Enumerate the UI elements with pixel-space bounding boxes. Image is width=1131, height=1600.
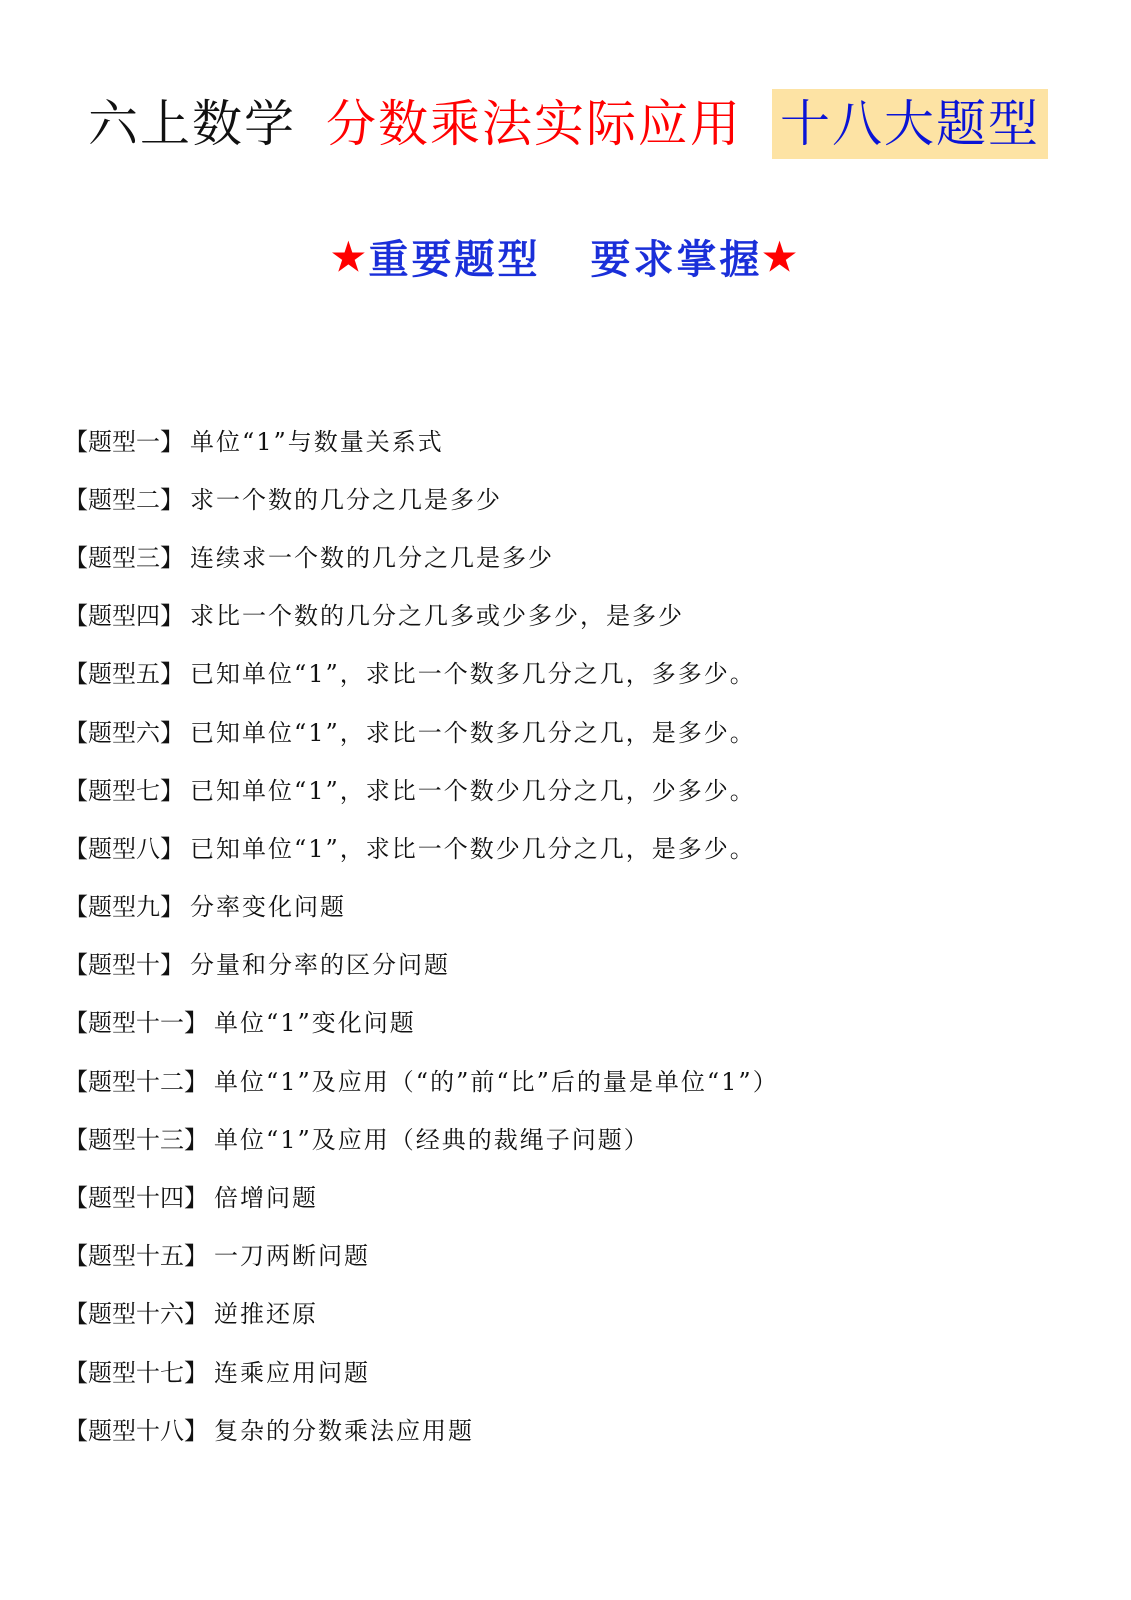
- item-label: 【题型五】: [64, 654, 184, 689]
- item-text: 已知单位“1”，求比一个数多几分之几，多多少。: [190, 654, 756, 689]
- list-item: 【题型七】已知单位“1”，求比一个数少几分之几，少多少。: [64, 759, 779, 817]
- item-label: 【题型六】: [64, 713, 184, 748]
- question-type-list: 【题型一】单位“1”与数量关系式 【题型二】求一个数的几分之几是多少 【题型三】…: [64, 410, 779, 1457]
- item-text: 单位“1”及应用（“的”前“比”后的量是单位“1”）: [214, 1062, 779, 1097]
- list-item: 【题型十三】单位“1”及应用（经典的裁绳子问题）: [64, 1108, 779, 1166]
- item-label: 【题型三】: [64, 538, 184, 573]
- list-item: 【题型二】求一个数的几分之几是多少: [64, 468, 779, 526]
- item-label: 【题型十四】: [64, 1178, 208, 1213]
- item-label: 【题型十八】: [64, 1411, 208, 1446]
- item-text: 倍增问题: [214, 1178, 318, 1213]
- item-text: 连乘应用问题: [214, 1353, 370, 1388]
- item-label: 【题型十二】: [64, 1062, 208, 1097]
- item-text: 单位“1”与数量关系式: [190, 422, 444, 457]
- title-grade-subject: 六上数学: [88, 88, 296, 160]
- item-text: 已知单位“1”，求比一个数多几分之几，是多少。: [190, 713, 756, 748]
- list-item: 【题型十四】倍增问题: [64, 1166, 779, 1224]
- item-label: 【题型九】: [64, 887, 184, 922]
- star-icon-right: ★: [763, 234, 800, 279]
- list-item: 【题型十一】单位“1”变化问题: [64, 992, 779, 1050]
- item-text: 已知单位“1”，求比一个数少几分之几，是多少。: [190, 829, 756, 864]
- item-text: 单位“1”变化问题: [214, 1003, 416, 1038]
- list-item: 【题型八】已知单位“1”，求比一个数少几分之几，是多少。: [64, 817, 779, 875]
- item-label: 【题型八】: [64, 829, 184, 864]
- item-label: 【题型十五】: [64, 1236, 208, 1271]
- list-item: 【题型三】连续求一个数的几分之几是多少: [64, 526, 779, 584]
- list-item: 【题型十六】逆推还原: [64, 1283, 779, 1341]
- item-text: 分量和分率的区分问题: [190, 945, 450, 980]
- item-label: 【题型七】: [64, 771, 184, 806]
- title-topic: 分数乘法实际应用: [326, 88, 742, 160]
- item-label: 【题型十一】: [64, 1003, 208, 1038]
- item-text: 已知单位“1”，求比一个数少几分之几，少多少。: [190, 771, 756, 806]
- item-label: 【题型四】: [64, 596, 184, 631]
- item-label: 【题型十七】: [64, 1353, 208, 1388]
- list-item: 【题型九】分率变化问题: [64, 876, 779, 934]
- item-text: 逆推还原: [214, 1294, 318, 1329]
- item-label: 【题型十六】: [64, 1294, 208, 1329]
- item-text: 一刀两断问题: [214, 1236, 370, 1271]
- page-title: 六上数学 分数乘法实际应用 十八大题型: [88, 88, 1048, 160]
- item-text: 复杂的分数乘法应用题: [214, 1411, 474, 1446]
- list-item: 【题型五】已知单位“1”，求比一个数多几分之几，多多少。: [64, 643, 779, 701]
- list-item: 【题型一】单位“1”与数量关系式: [64, 410, 779, 468]
- list-item: 【题型十】分量和分率的区分问题: [64, 934, 779, 992]
- list-item: 【题型十五】一刀两断问题: [64, 1225, 779, 1283]
- subtitle-text-1: 重要题型: [369, 228, 541, 285]
- list-item: 【题型十八】复杂的分数乘法应用题: [64, 1399, 779, 1457]
- item-text: 求一个数的几分之几是多少: [190, 480, 502, 515]
- list-item: 【题型六】已知单位“1”，求比一个数多几分之几，是多少。: [64, 701, 779, 759]
- list-item: 【题型十七】连乘应用问题: [64, 1341, 779, 1399]
- star-icon-left: ★: [331, 234, 368, 279]
- item-label: 【题型二】: [64, 480, 184, 515]
- list-item: 【题型十二】单位“1”及应用（“的”前“比”后的量是单位“1”）: [64, 1050, 779, 1108]
- list-item: 【题型四】求比一个数的几分之几多或少多少，是多少: [64, 585, 779, 643]
- item-text: 连续求一个数的几分之几是多少: [190, 538, 554, 573]
- subtitle: ★ 重要题型 要求掌握 ★: [0, 226, 1131, 286]
- item-label: 【题型一】: [64, 422, 184, 457]
- item-text: 分率变化问题: [190, 887, 346, 922]
- item-text: 求比一个数的几分之几多或少多少，是多少: [190, 596, 684, 631]
- item-label: 【题型十】: [64, 945, 184, 980]
- title-highlight: 十八大题型: [772, 89, 1048, 159]
- item-label: 【题型十三】: [64, 1120, 208, 1155]
- item-text: 单位“1”及应用（经典的裁绳子问题）: [214, 1120, 650, 1155]
- subtitle-text-2: 要求掌握: [591, 228, 763, 285]
